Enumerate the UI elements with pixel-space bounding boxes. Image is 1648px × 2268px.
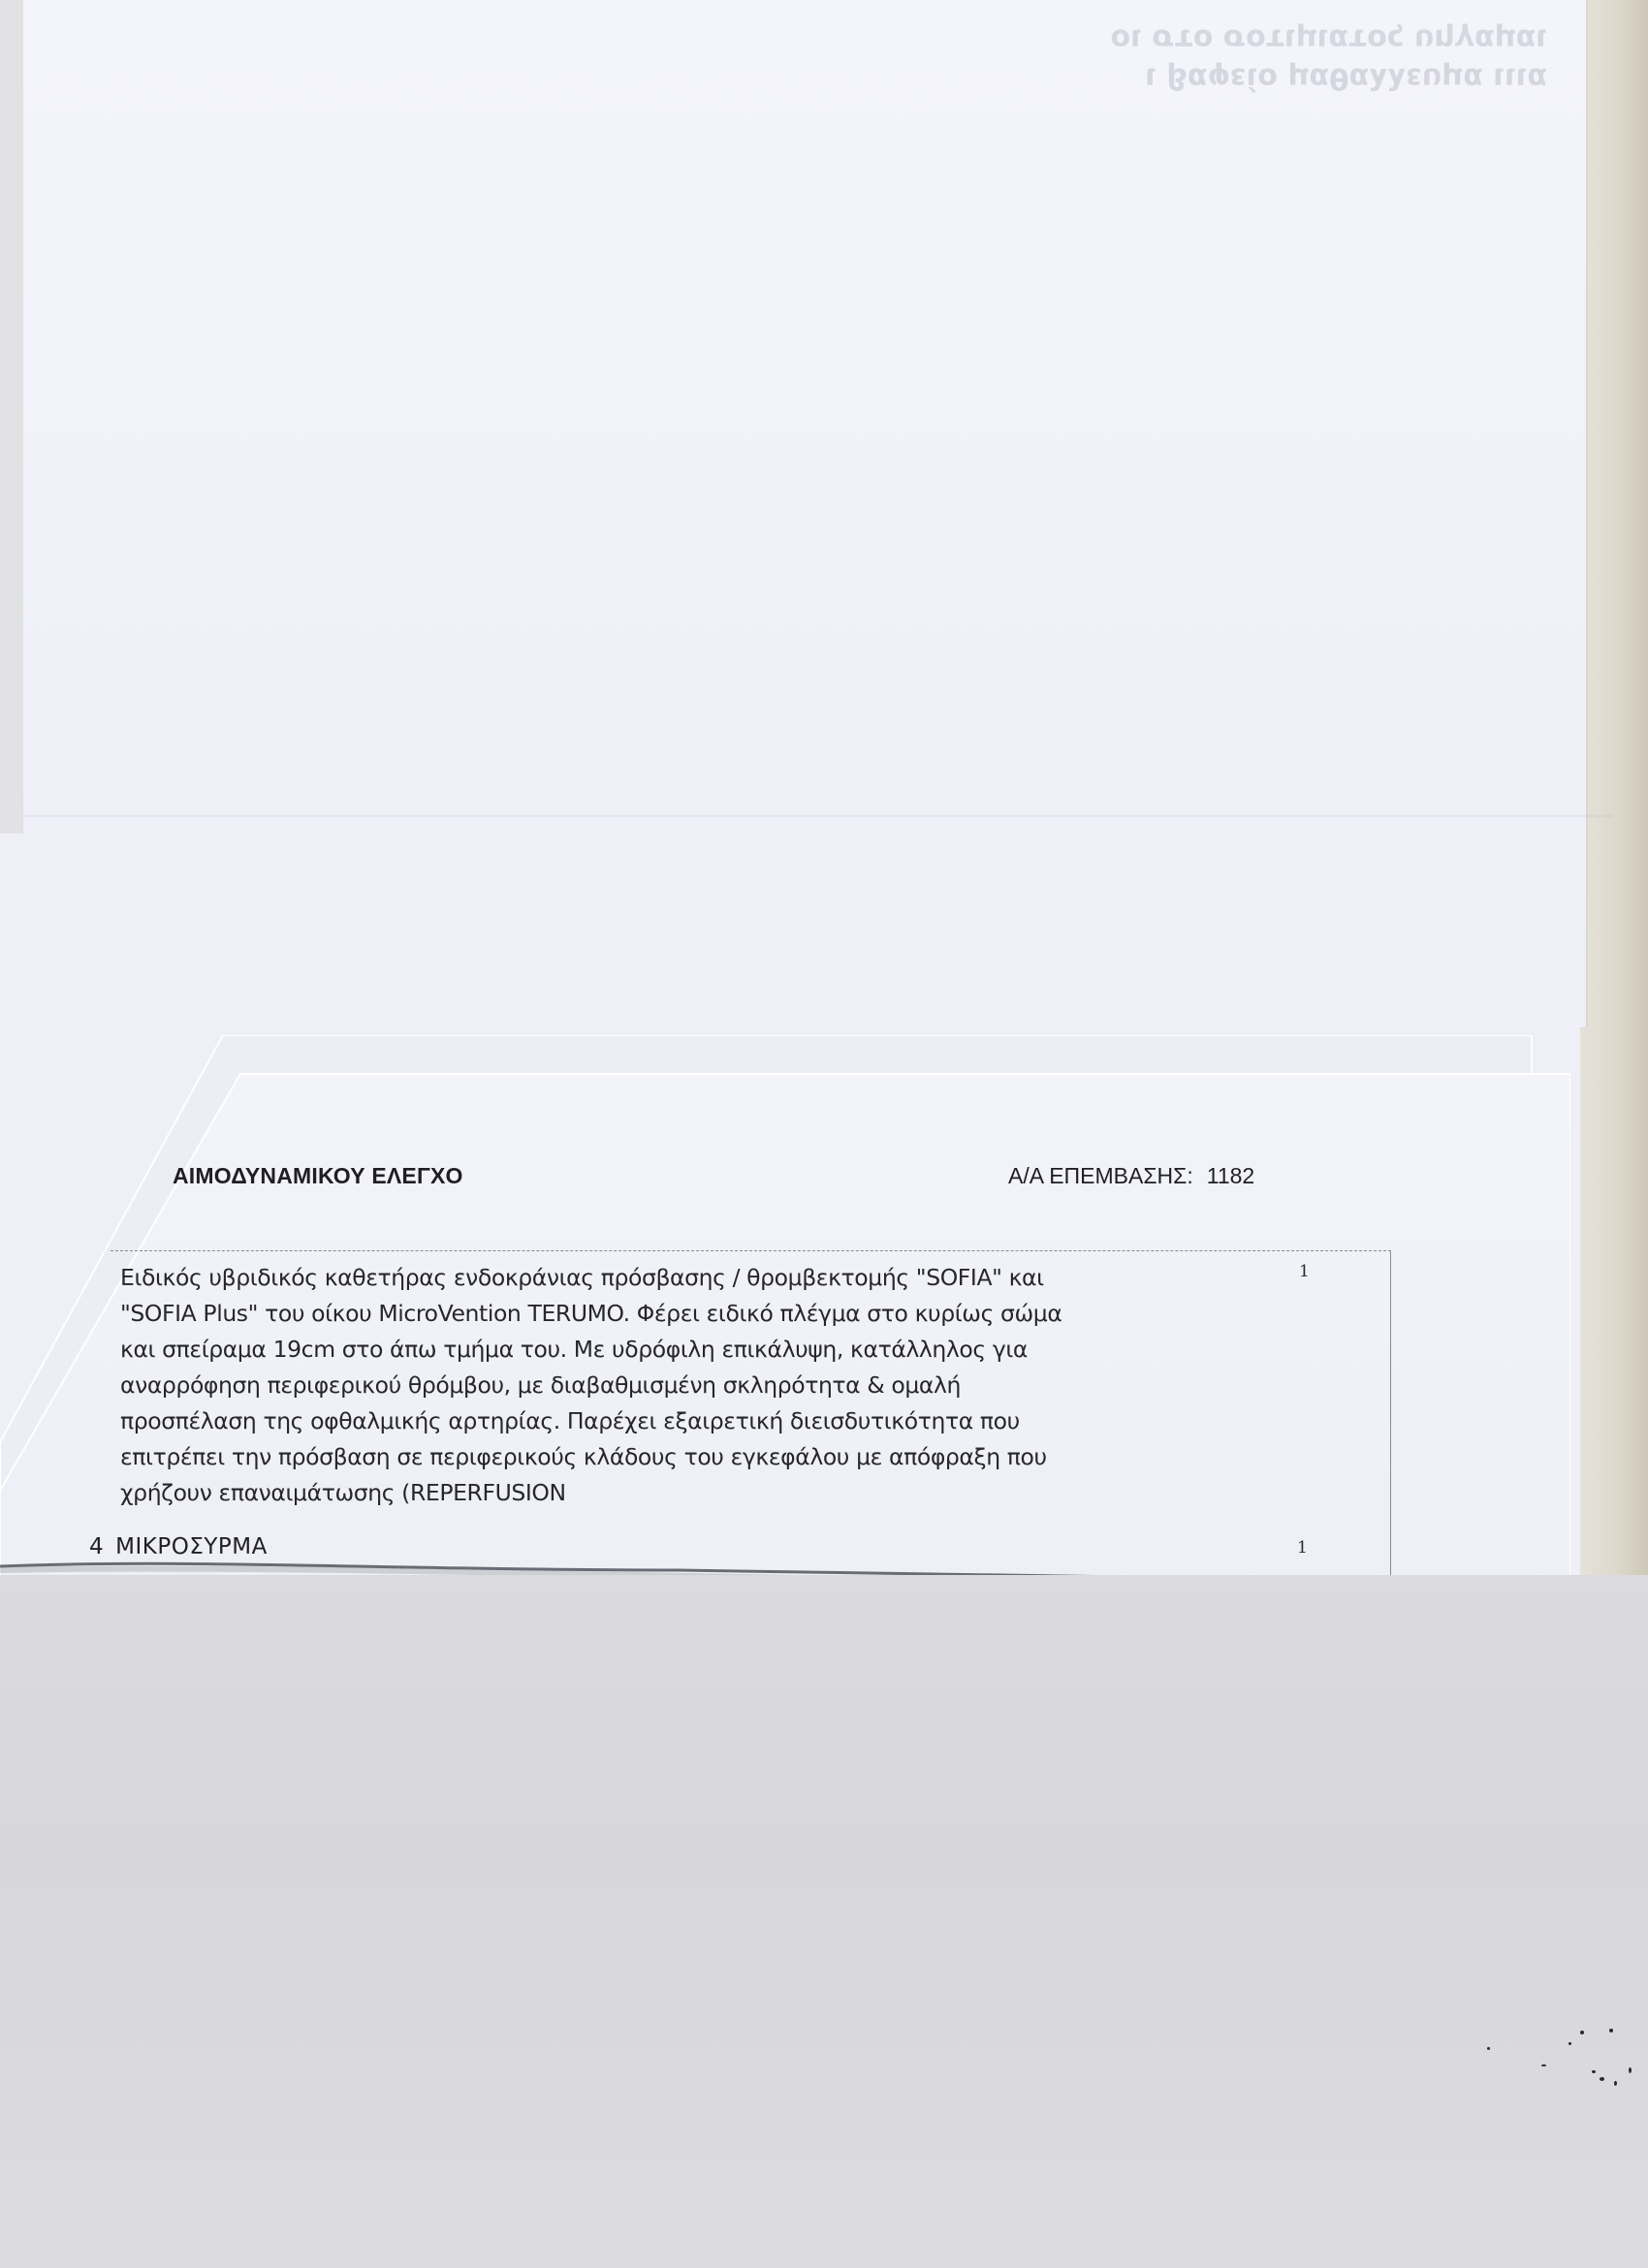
description-line: επιτρέπει την πρόσβαση σε περιφερικούς κ…: [120, 1439, 1245, 1475]
item-quantity: 1: [1299, 1262, 1310, 1281]
row-index: 4: [89, 1534, 104, 1559]
description-line: χρήζουν επαναιμάτωσης (REPERFUSION: [120, 1475, 1245, 1511]
description-line: προσπέλαση της οφθαλμικής αρτηρίας. Παρέ…: [120, 1403, 1245, 1439]
scanner-bed-area: [0, 1575, 1648, 2268]
description-line: "SOFIA Plus" του οίκου MicroVention TERU…: [120, 1296, 1245, 1332]
description-line: αναρρόφηση περιφερικού θρόμβου, με διαβα…: [120, 1368, 1245, 1403]
document-title: ΑΙΜΟΔΥΝΑΜΙΚΟΥ ΕΛΕΓΧΟ: [173, 1163, 463, 1189]
procedure-number-field: Α/Α ΕΠΕΜΒΑΣΗΣ:1182: [1008, 1163, 1254, 1189]
description-line: και σπείραμα 19cm στο άπω τμήμα του. Με …: [120, 1332, 1245, 1368]
procedure-number-value: 1182: [1207, 1163, 1254, 1188]
item-quantity: 1: [1297, 1538, 1308, 1558]
item-description: Ειδικός υβριδικός καθετήρας ενδοκράνιας …: [120, 1260, 1245, 1511]
row-description: ΜΙΚΡΟΣΥΡΜΑ: [115, 1534, 268, 1559]
table-row: 4ΜΙΚΡΟΣΥΡΜΑ: [89, 1534, 268, 1559]
procedure-number-label: Α/Α ΕΠΕΜΒΑΣΗΣ:: [1008, 1163, 1193, 1188]
bleed-through-heading: ι βαφείο μαθαλλευμα ιιια οι στο σοτιμιατ…: [1110, 19, 1547, 97]
paper-crease: [23, 814, 1613, 818]
description-line: Ειδικός υβριδικός καθετήρας ενδοκράνιας …: [120, 1260, 1245, 1296]
